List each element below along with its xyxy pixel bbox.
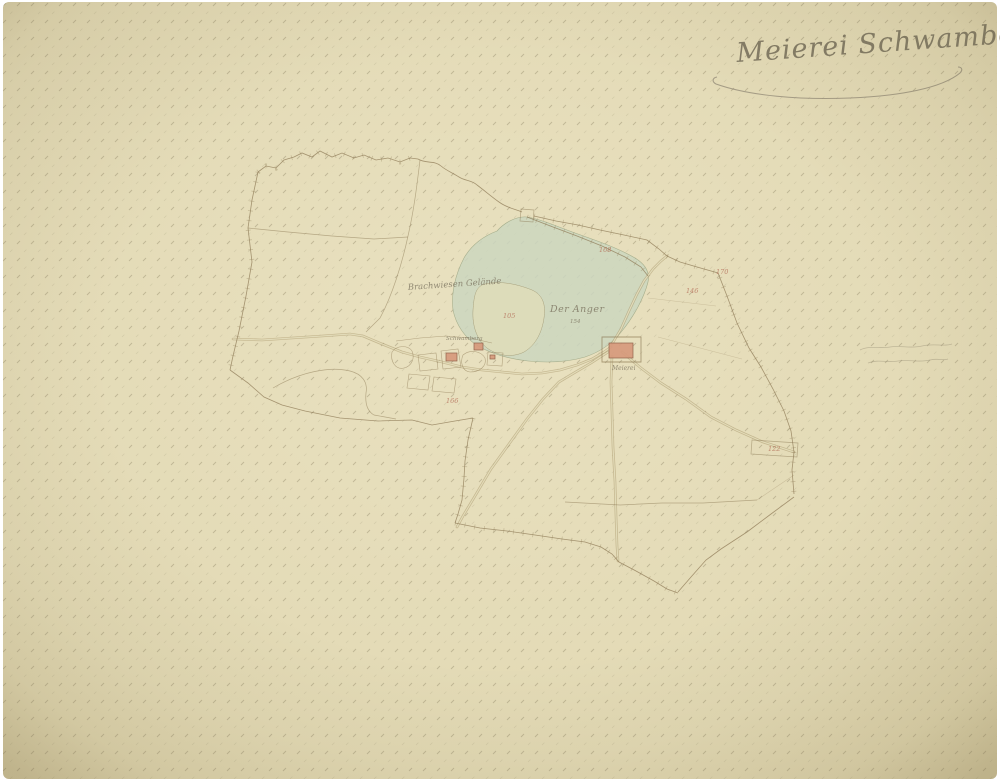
scanned-map-page: Meierei Schwamberg Brachwiesen Gelände D…	[0, 0, 1000, 781]
vignette-overlay	[3, 2, 997, 779]
map-scan: Meierei Schwamberg Brachwiesen Gelände D…	[0, 0, 1000, 781]
